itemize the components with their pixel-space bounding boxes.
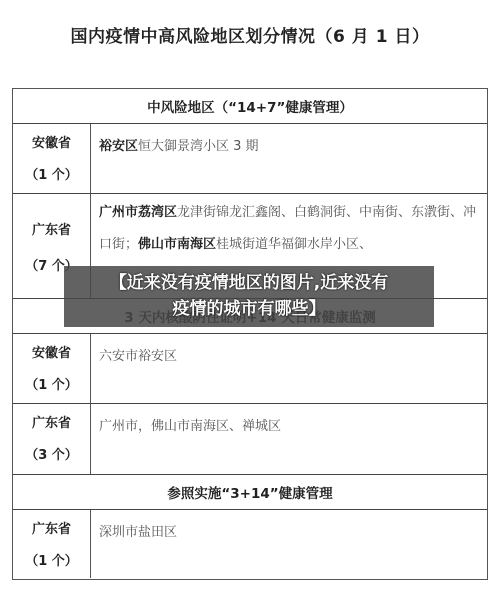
area-bold: 裕安区 (99, 139, 138, 154)
province-count: （1 个） (13, 550, 90, 569)
table-row: 安徽省 （1 个） 裕安区恒大御景湾小区 3 期 (13, 124, 487, 194)
province-count: （1 个） (13, 374, 90, 393)
province-count: （3 个） (13, 444, 90, 463)
areas-cell: 广州市荔湾区龙津街锦龙汇鑫阁、白鹤洞街、中南街、东漖街、冲口街；佛山市南海区桂城… (99, 197, 479, 261)
areas-cell: 深圳市盐田区 (99, 517, 479, 549)
section-header-medium-risk: 中风险地区（“14+7”健康管理） (13, 89, 487, 124)
province-cell: 广东省 （3 个） (13, 404, 91, 474)
province-name: 安徽省 (13, 342, 90, 361)
area-bold: 广州市荔湾区 (99, 205, 177, 220)
section-header-3-14: 参照实施“3+14”健康管理 (13, 475, 487, 510)
table-row: 安徽省 （1 个） 六安市裕安区 (13, 334, 487, 404)
caption-overlay-banner: 【近来没有疫情地区的图片,近来没有 疫情的城市有哪些】 (64, 266, 434, 327)
areas-cell: 六安市裕安区 (99, 341, 479, 373)
area-text: 恒大御景湾小区 3 期 (138, 139, 259, 154)
province-cell: 广东省 （1 个） (13, 510, 91, 578)
banner-line-2: 疫情的城市有哪些】 (64, 296, 434, 322)
table-row: 广东省 （1 个） 深圳市盐田区 (13, 510, 487, 578)
province-name: 广东省 (13, 518, 90, 537)
province-cell: 安徽省 （1 个） (13, 334, 91, 403)
section-header-text: 中风险地区（“14+7”健康管理） (147, 96, 353, 116)
banner-line-1: 【近来没有疫情地区的图片,近来没有 (64, 270, 434, 296)
province-name: 安徽省 (13, 132, 90, 151)
page-title: 国内疫情中高风险地区划分情况（6 月 1 日） (0, 22, 500, 47)
province-cell: 安徽省 （1 个） (13, 124, 91, 193)
areas-cell: 裕安区恒大御景湾小区 3 期 (99, 131, 479, 163)
province-name: 广东省 (13, 412, 90, 431)
areas-cell: 广州市，佛山市南海区、禅城区 (99, 411, 479, 443)
province-name: 广东省 (13, 219, 90, 238)
province-count: （1 个） (13, 164, 90, 183)
risk-area-table: 中风险地区（“14+7”健康管理） 安徽省 （1 个） 裕安区恒大御景湾小区 3… (12, 88, 488, 580)
table-row: 广东省 （3 个） 广州市，佛山市南海区、禅城区 (13, 404, 487, 475)
area-bold: 佛山市南海区 (138, 237, 216, 252)
area-text: 桂城街道华福御水岸小区、 (216, 237, 372, 252)
section-header-text: 参照实施“3+14”健康管理 (167, 482, 332, 502)
